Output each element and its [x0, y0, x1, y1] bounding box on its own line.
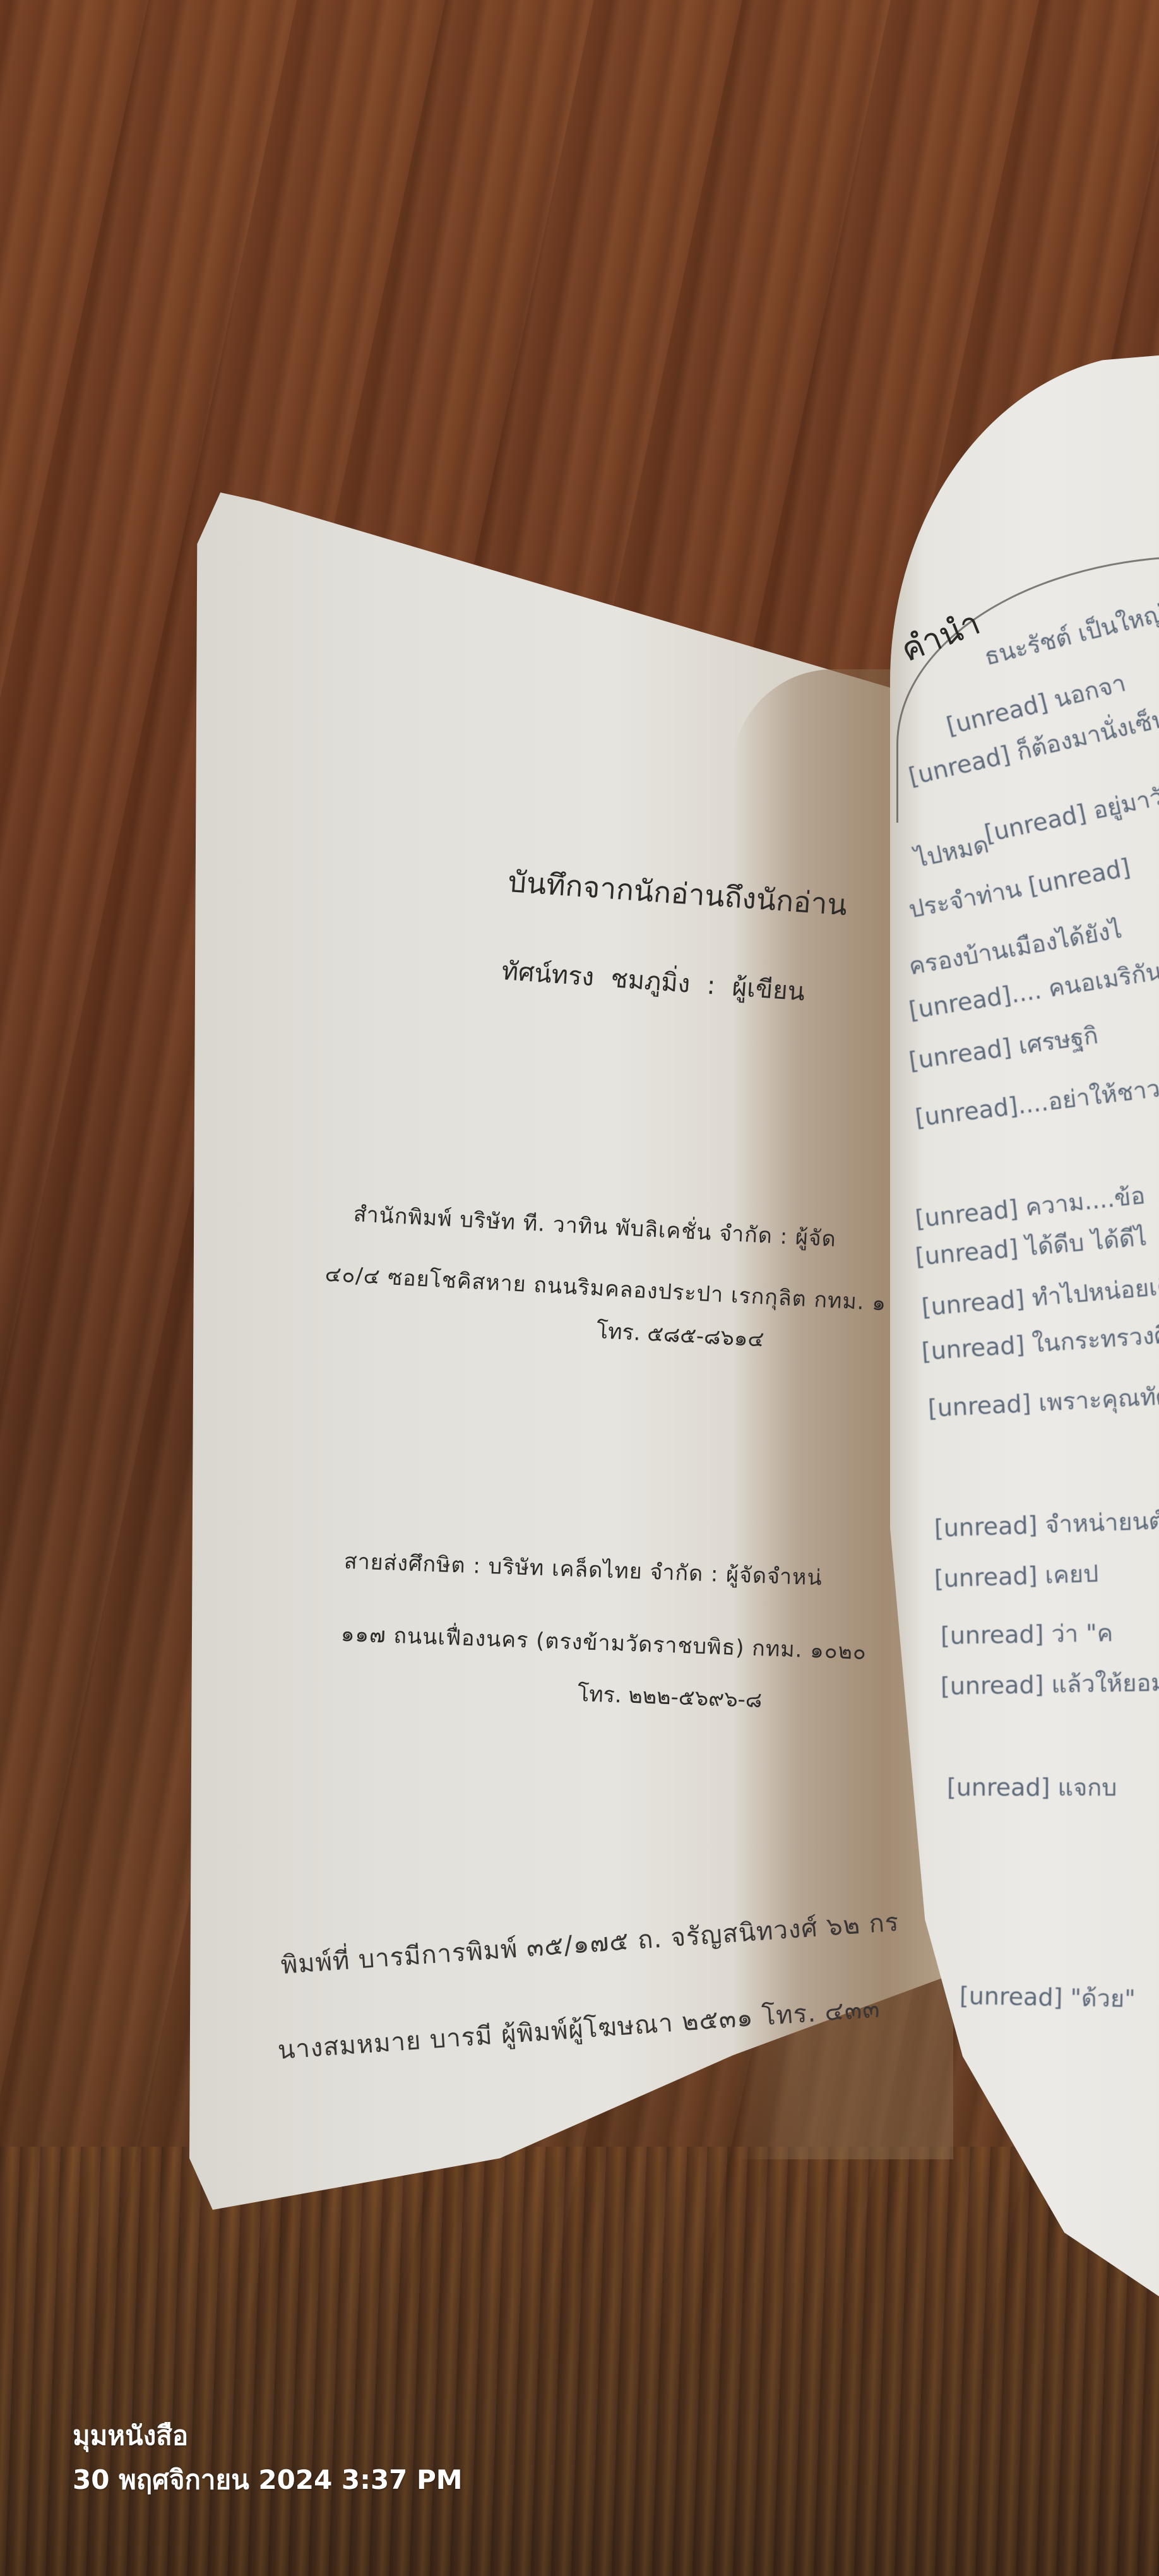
preface-line: [unread] แจกบ [947, 1768, 1117, 1806]
preface-line: [unread] "ด้วย" [959, 1976, 1136, 2018]
wooden-table-foreground [0, 2147, 1159, 2576]
watermark-title: มุมหนังสือ [73, 2415, 188, 2457]
preface-line: [unread] จำหน่ายนต์ [934, 1501, 1159, 1547]
preface-line: [unread] เคยป [934, 1554, 1099, 1598]
preface-line: [unread] ว่า "ค [940, 1613, 1113, 1655]
preface-line: [unread] แล้วให้ยอมเจ็ด [940, 1662, 1159, 1705]
watermark-datetime: 30 พฤศจิกายน 2024 3:37 PM [73, 2459, 463, 2501]
distributor-phone: โทร. ๒๒๒-๕๖๙๖-๘ [577, 1676, 763, 1717]
